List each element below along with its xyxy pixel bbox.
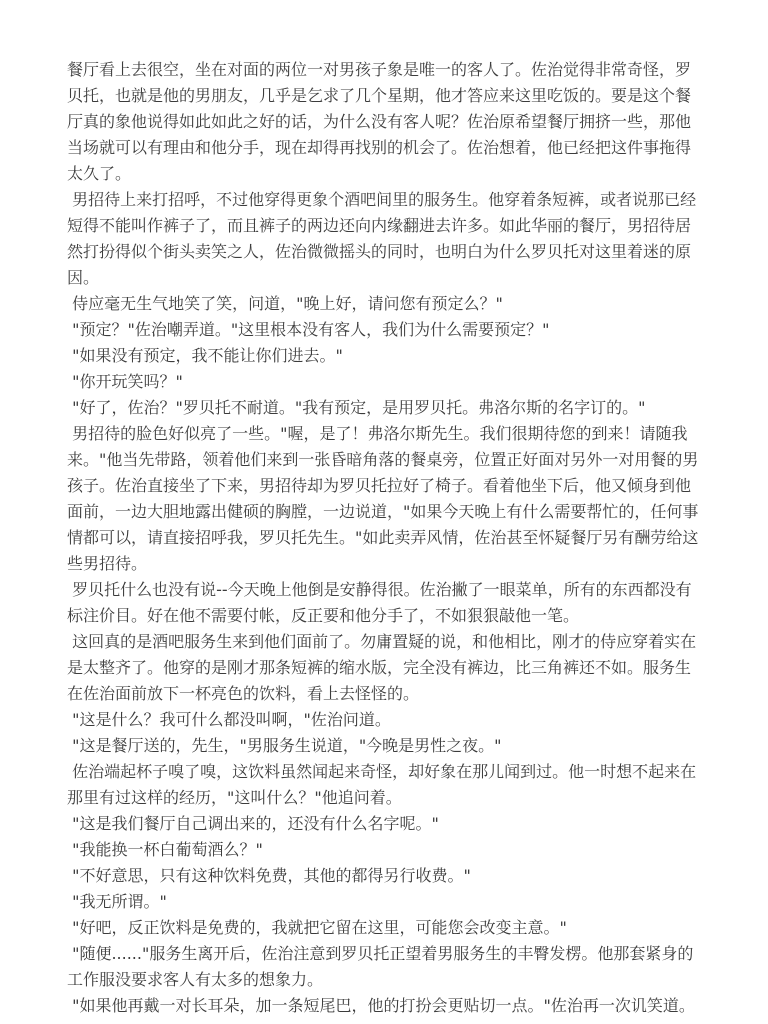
paragraph: 男招待的脸色好似亮了一些。"喔，是了！弗洛尔斯先生。我们很期待您的到来！请随我来… [67, 421, 702, 577]
paragraph: 餐厅看上去很空，坐在对面的两位一对男孩子象是唯一的客人了。佐治觉得非常奇怪，罗贝… [67, 57, 702, 187]
paragraph: "如果没有预定，我不能让你们进去。" [67, 343, 702, 369]
paragraph: "好了，佐治？"罗贝托不耐道。"我有预定，是用罗贝托。弗洛尔斯的名字订的。" [67, 395, 702, 421]
paragraph: "随便......"服务生离开后，佐治注意到罗贝托正望着男服务生的丰臀发楞。他那… [67, 941, 702, 993]
paragraph: "你开玩笑吗？" [67, 369, 702, 395]
paragraph: 这回真的是酒吧服务生来到他们面前了。勿庸置疑的说，和他相比，刚才的侍应穿着实在是… [67, 629, 702, 707]
paragraph: "我能换一杯白葡萄酒么？" [67, 837, 702, 863]
text-page: 餐厅看上去很空，坐在对面的两位一对男孩子象是唯一的客人了。佐治觉得非常奇怪，罗贝… [0, 0, 768, 1024]
paragraph: "不好意思，只有这种饮料免费，其他的都得另行收费。" [67, 863, 702, 889]
paragraph: 侍应毫无生气地笑了笑，问道，"晚上好，请问您有预定么？" [67, 291, 702, 317]
paragraph: "我无所谓。" [67, 889, 702, 915]
paragraph: 佐治端起杯子嗅了嗅，这饮料虽然闻起来奇怪，却好象在那儿闻到过。他一时想不起来在那… [67, 759, 702, 811]
paragraph: "好吧，反正饮料是免费的，我就把它留在这里，可能您会改变主意。" [67, 915, 702, 941]
paragraph: 男招待上来打招呼，不过他穿得更象个酒吧间里的服务生。他穿着条短裤，或者说那已经短… [67, 187, 702, 291]
paragraph: "这是我们餐厅自己调出来的，还没有什么名字呢。" [67, 811, 702, 837]
paragraph: "这是什么？我可什么都没叫啊，"佐治问道。 [67, 707, 702, 733]
paragraph: "预定？"佐治嘲弄道。"这里根本没有客人，我们为什么需要预定？" [67, 317, 702, 343]
paragraph: 罗贝托什么也没有说--今天晚上他倒是安静得很。佐治撇了一眼菜单，所有的东西都没有… [67, 577, 702, 629]
paragraph: "这是餐厅送的，先生，"男服务生说道，"今晚是男性之夜。" [67, 733, 702, 759]
paragraph: "如果他再戴一对长耳朵，加一条短尾巴，他的打扮会更贴切一点。"佐治再一次讥笑道。 [67, 993, 702, 1019]
